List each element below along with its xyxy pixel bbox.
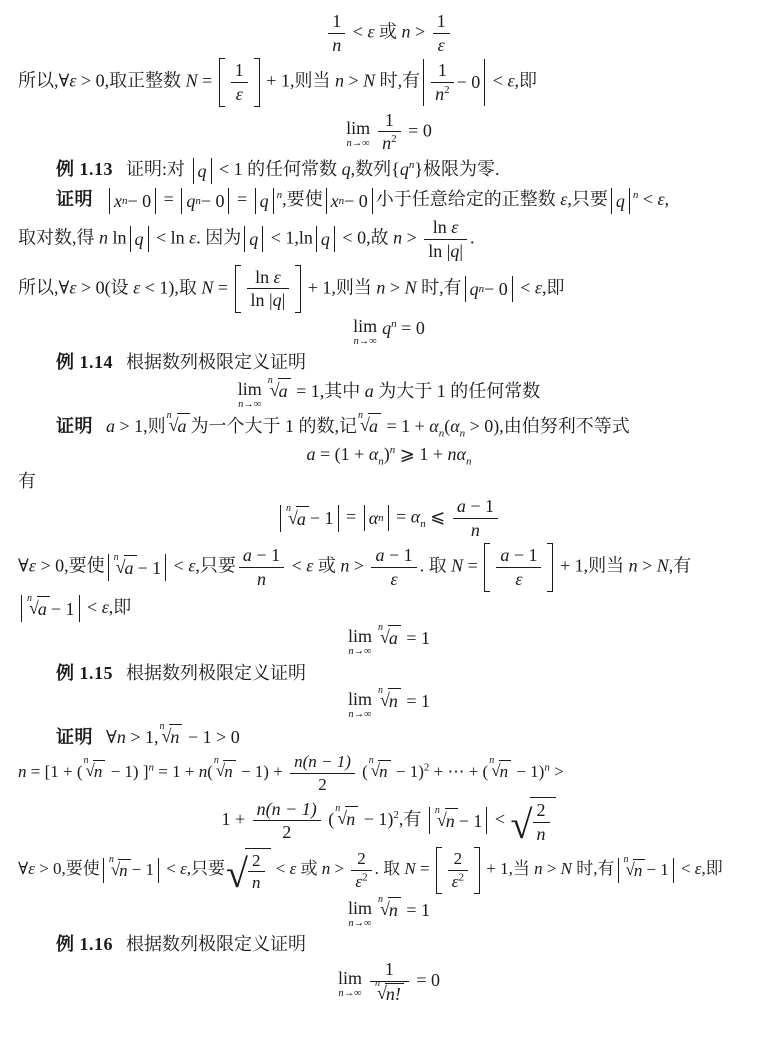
math-var: q [382,318,391,338]
text-run: − 1) ] [106,762,148,781]
limit-word: lim [238,380,262,398]
nth-root: n√n [84,760,106,784]
text-run: < [169,556,188,576]
math-var: q [260,189,269,213]
text-run: < [83,597,102,617]
numerator: a − 1 [371,545,416,568]
text-run: < ln [152,227,190,247]
text-run: = [416,859,434,878]
denominator: n [248,872,265,893]
nth-root: n√n [109,859,131,883]
text-run: ,有 [399,809,426,829]
numerator: n(n − 1) [253,799,321,822]
superscript: 2 [391,133,397,145]
display-formula-limit-factorial: limn→∞1n√n! = 0 [18,959,760,1004]
denominator: 2 [290,774,355,795]
math-var: ε [102,597,109,617]
fraction: 2ε2 [351,849,371,891]
fraction: 1ε [433,11,450,55]
text-run: > [349,556,368,576]
paragraph-epsilon-argument-a: ∀ε > 0,要使n√a − 1 < ε,只要a − 1n < ε 或 n > … [18,543,760,591]
text-run: = [1 + ( [27,762,83,781]
text-run: < 0,故 [338,227,393,247]
text-run: = [232,189,251,209]
example-1-15-statement: 例 1.15根据数列极限定义证明 [18,661,760,685]
display-formula-epsilon-condition: 1n < ε 或 n > 1ε [18,11,760,55]
text-run: . 取 [375,859,405,878]
bracket-content: 2ε2 [442,847,474,893]
fraction: 1n2 [431,60,454,104]
display-formula-alpha-bound: n√a − 1 = αn = αn ⩽ a − 1n [18,496,760,540]
math-var: ε [180,859,187,878]
text-run: ∀ [18,556,29,576]
text-run: ( [207,762,213,781]
text-run: + 1,则当 [303,277,376,297]
text-run: < 1 的任何常数 [215,159,342,179]
radical-sign: √ [360,413,370,437]
limit-operator: limn→∞ [348,899,372,930]
display-formula-binomial-expansion: n = [1 + (n√n − 1) ]n = 1 + n(n√n − 1) +… [18,752,760,794]
text-run: ⩽ [426,506,450,526]
paragraph-conclusion-1: 所以,∀ε > 0,取正整数 N = 1ε + 1,则当 n > N 时,有1n… [18,58,760,106]
nth-root: n√n [369,760,391,784]
abs-group: αn [364,505,389,531]
abs-group: xn − 0 [109,188,156,214]
right-bracket [254,58,260,106]
math-var: x [114,189,122,213]
numerator: 1 [431,60,454,83]
limit-operator: limn→∞ [338,969,362,1000]
denominator: ln |q| [424,240,467,262]
radical-sign: √ [116,555,126,579]
math-var: a [457,496,466,516]
numerator: a − 1 [496,545,541,568]
text-run: + 1,当 [482,859,534,878]
text-run: ,即 [109,597,132,617]
subscript: n [466,455,472,467]
text-run: 或 [296,859,322,878]
text-run: ln | [251,290,273,310]
text-run: = 0 [397,318,425,338]
text-run: 证明:对 [126,159,190,179]
display-formula-limit-nth-root-a: limn→∞n√a = 1 [18,625,760,658]
paragraph-you: 有 [18,469,760,493]
superscript: 2 [444,84,450,96]
radical-sign: √ [371,760,380,783]
limit-word: lim [353,317,377,335]
text-run: = [342,506,361,526]
display-formula-limit-one-over-n-squared: limn→∞1n2 = 0 [18,110,760,154]
bracket-content: a − 1ε [490,543,547,591]
math-var: N [404,859,415,878]
fraction: 2n [533,800,550,844]
text-run: }极限为零. [414,159,499,179]
text-run: 根据数列极限定义证明 [126,934,306,954]
numerator: a − 1 [239,545,284,568]
denominator: n√n! [370,982,409,1005]
limit-operator: limn→∞ [353,317,377,348]
text-run: = [463,556,482,576]
denominator: ε [371,568,416,590]
math-var: q [135,227,144,251]
abs-group: n√n − 1 [103,858,159,884]
numerator: 2 [248,851,265,873]
text-run: ,即 [515,71,538,91]
limit-subscript: n→∞ [348,919,372,930]
math-var: q [198,159,207,183]
denominator: n [533,823,550,845]
abs-group: q [244,226,263,252]
math-var: q [273,290,282,310]
numerator: 2 [533,800,550,823]
text-run: 取对数,得 [18,227,99,247]
math-var: a [243,545,252,565]
nth-root: n√a [114,555,137,580]
text-run: > 1,则 [115,416,166,436]
text-run: − 1 [310,506,334,530]
text-run: ln | [428,241,450,261]
text-run: + ⋯ + ( [429,762,488,781]
text-run: > [550,762,564,781]
math-var: ε [658,189,665,209]
bracket-group: ln εln |q| [235,265,302,313]
abs-group: n√n − 1 [429,807,488,834]
numerator: ln ε [424,217,467,240]
math-var: ε [274,267,281,287]
numerator: 1 [433,11,450,34]
abs-group: q [130,226,149,252]
display-formula-limit-nth-root-n-first: limn→∞n√n = 1 [18,688,760,721]
text-run: = [159,189,178,209]
limit-subscript: n→∞ [338,989,362,1000]
limit-subscript: n→∞ [346,139,370,150]
text-run: > [385,277,404,297]
math-var: n [99,227,108,247]
text-run: ,即 [542,277,565,297]
text-run: > [543,859,561,878]
nth-root: n√n [378,688,401,713]
right-bracket [295,265,301,313]
nth-root: n√a [27,596,50,621]
text-run: − 1) [359,809,393,829]
fraction: 1n2 [378,110,401,154]
bracket-group: a − 1ε [484,543,553,591]
radical-sign: √ [626,859,635,882]
math-var: q [450,241,459,261]
text-run: < [516,277,535,297]
text-run: − 1 [51,597,75,621]
example-1-16-statement: 例 1.16根据数列极限定义证明 [18,932,760,956]
text-run: > 1, [126,727,159,747]
abs-group: n√n − 1 [618,858,674,884]
proof-1-13-line-2: 取对数,得 n lnq < ln ε. 因为q < 1,lnq < 0,故 n … [18,217,760,261]
math-var: ε [451,217,458,237]
limit-operator: limn→∞ [346,119,370,150]
text-run: − 1) [512,762,544,781]
nth-root: n√a [268,378,291,403]
math-var: n [199,762,208,781]
text-run: − 1) + [237,762,287,781]
text-run: = 1 [402,628,430,648]
text-run: < [677,859,695,878]
math-var: n [629,556,638,576]
paragraph-epsilon-argument-n: ∀ε > 0,要使n√n − 1 < ε,只要√2n < ε 或 n > 2ε2… [18,847,760,893]
text-run: + 1,则当 [555,556,628,576]
abs-group: qn − 0 [465,276,513,302]
proof-label: 证明 [56,189,93,209]
text-run: 时,有 [417,277,462,297]
display-formula-sqrt-bound: 1 + n(n − 1)2 (n√n − 1)2,有 n√n − 1 < √2n [18,797,760,844]
example-label: 例 1.13 [56,159,113,179]
math-var: n [393,227,402,247]
text-run: , [665,189,670,209]
abs-group: qn − 0 [181,188,229,214]
text-run: − 1 > 0 [183,727,239,747]
denominator: ε [433,34,450,56]
text-run: − 0 [128,189,152,213]
text-run: > [402,227,421,247]
text-run: | [459,241,463,261]
math-var: n [435,84,444,104]
text-run: − 1 [509,545,537,565]
text-run: − 1 [646,859,668,882]
radical-sign: √ [226,861,248,887]
radical-sign: √ [437,808,447,832]
math-var: a [365,381,374,401]
text-run: = 1 [402,691,430,711]
math-var: x [331,189,339,213]
sqrt-radical: √2n [511,797,556,844]
text-run: − 1 [132,859,154,882]
math-var: N [561,859,572,878]
text-run: ,有 [669,556,692,576]
nth-root: n√n [214,760,236,784]
textbook-page: 1n < ε 或 n > 1ε 所以,∀ε > 0,取正整数 N = 1ε + … [0,0,770,1043]
nth-root: n√n [489,760,511,784]
fraction: ln εln |q| [424,217,467,261]
nth-root: n√n! [375,983,404,1005]
radical-sign: √ [111,859,120,882]
right-bracket [547,543,553,591]
text-run: − 1 [459,809,483,833]
math-var: α [369,444,378,464]
math-var: ε [507,71,514,91]
text-run: − 1) [392,762,424,781]
limit-subscript: n→∞ [353,337,377,348]
text-run: > [638,556,657,576]
text-run: 或 [313,556,340,576]
text-run: ( [358,762,368,781]
denominator: ε [496,568,541,590]
display-formula-limit-nth-root-n-second: limn→∞n√n = 1 [18,897,760,930]
limit-word: lim [348,690,372,708]
display-formula-bernoulli: a = (1 + αn)n ⩾ 1 + nαn [18,442,760,466]
denominator: n2 [431,83,454,105]
text-run: > 0(设 [76,277,133,297]
example-1-13-statement: 例 1.13证明:对 q < 1 的任何常数 q,数列{qn}极限为零. [18,157,760,184]
proof-1-15-line-1: 证明∀n > 1,n√n − 1 > 0 [18,724,760,749]
text-run: < [488,71,507,91]
text-run: 有 [18,471,36,491]
math-var: q [342,159,351,179]
nth-root: n√n [335,806,358,831]
text-run: = 0 [412,970,440,990]
limit-word: lim [346,119,370,137]
denominator: ε [231,83,248,105]
fraction: 1n√n! [370,959,409,1004]
math-var: a [500,545,509,565]
math-var: q [186,189,195,213]
math-var: α [429,416,438,436]
text-run: 1 + [222,809,250,829]
text-run: ,只要 [187,859,225,878]
math-var: N [657,556,669,576]
radical-sign: √ [377,983,387,1004]
text-run: = 1 + [154,762,199,781]
text-run: . [470,227,475,247]
abs-group: n√a − 1 [280,505,339,532]
math-var: ε [695,859,702,878]
math-var: n [382,133,391,153]
abs-group: n√a − 1 [21,595,80,622]
text-run: < [638,189,657,209]
text-run: > 0,要使 [35,859,100,878]
radicand: 2n [530,797,556,844]
math-var: n [117,727,126,747]
abs-group: q [611,188,630,214]
limit-operator: limn→∞ [348,690,372,721]
numerator: 1 [378,110,401,133]
math-var: q [321,227,330,251]
nth-root: n√n [624,859,646,883]
fraction: a − 1n [453,496,498,540]
text-run: < [287,556,306,576]
math-var: α [411,506,420,526]
text-run: = 1 [402,900,430,920]
numerator: 2 [351,849,371,871]
math-var: q [249,227,258,251]
denominator: ln |q| [247,289,290,311]
text-run: = [392,506,411,526]
right-bracket [474,847,480,893]
radical-sign: √ [29,596,39,620]
math-var: n [340,556,349,576]
fraction: n(n − 1)2 [290,752,355,794]
text-run: < 1,ln [266,227,313,247]
text-run: = 0 [404,120,432,140]
fraction: 2n [248,851,265,893]
denominator: n [239,568,284,590]
nth-root: n√n [435,808,458,833]
text-run: < [348,21,367,41]
fraction: 1ε [231,60,248,104]
text-run: − 0 [201,189,225,213]
text-run: − 1 [466,496,494,516]
math-var: α [369,506,378,530]
text-run: ⩾ 1 + [395,444,447,464]
nth-root: n√n [378,897,401,922]
nth-root: n√a [358,413,381,438]
text-run: 时,有 [375,71,420,91]
abs-group: xn − 0 [326,188,373,214]
nth-root: n√a [286,506,309,531]
text-run: ∀ [106,727,117,747]
radical-sign: √ [380,688,390,712]
text-run: = (1 + [316,444,369,464]
fraction: n(n − 1)2 [253,799,321,843]
text-run: < [162,859,180,878]
math-var: ε [535,277,542,297]
text-run: ln [255,267,274,287]
math-var: a [106,416,115,436]
math-var: n [402,21,411,41]
display-formula-limit-q-n: limn→∞qn = 0 [18,316,760,348]
abs-group: q [316,226,335,252]
bracket-content: 1ε [225,58,254,106]
fraction: a − 1ε [371,545,416,589]
limit-subscript: n→∞ [348,647,372,658]
text-run: > 0),由伯努利不等式 [465,416,630,436]
text-run: 根据数列极限定义证明 [126,663,306,683]
abs-group: q [255,188,274,214]
numerator: ln ε [247,267,290,290]
nth-root: n√a [378,625,401,650]
denominator: n [328,34,345,56]
text-run: 所以,∀ [18,277,69,297]
text-run: ,只要 [567,189,608,209]
fraction: 2ε2 [448,849,468,891]
math-var: n [534,859,543,878]
math-var: α [450,416,459,436]
math-var: a [307,444,316,464]
radical-sign: √ [216,760,225,783]
bracket-group: 2ε2 [436,847,480,893]
radical-sign: √ [491,760,500,783]
abs-group: 1n2 − 0 [423,59,485,105]
limit-subscript: n→∞ [348,710,372,721]
nth-root: n√a [167,413,190,438]
paragraph-conclusion-2: 所以,∀ε > 0(设 ε < 1),取 N = ln εln |q| + 1,… [18,265,760,313]
nth-root: n√n [160,724,183,749]
proof-1-14-line-1: 证明a > 1,则n√a为一个大于 1 的数,记n√a = 1 + αn(αn … [18,413,760,438]
radicand: n! [385,983,404,1005]
text-run: > 0,要使 [36,556,105,576]
radical-sign: √ [511,812,533,838]
fraction: a − 1n [239,545,284,589]
fraction: ln εln |q| [247,267,290,311]
text-run: > [411,21,430,41]
fraction: 1n [328,11,345,55]
text-run: − 0 [457,70,481,94]
text-run: − 1 [138,556,162,580]
text-run: < [490,809,509,829]
example-1-14-statement: 例 1.14根据数列极限定义证明 [18,350,760,374]
math-var: n [335,71,344,91]
text-run: − 1 [384,545,412,565]
proof-label: 证明 [56,416,93,436]
text-run: ln [108,227,127,247]
text-run: ( [324,809,335,829]
example-label: 例 1.15 [56,663,113,683]
denominator: 2 [253,821,321,843]
denominator: ε2 [351,871,371,892]
example-label: 例 1.14 [56,352,113,372]
numerator: n(n − 1) [290,752,355,774]
text-run: ,只要 [195,556,236,576]
numerator: 1 [231,60,248,83]
text-run: ln [433,217,452,237]
text-run: 小于任意给定的正整数 [376,189,561,209]
